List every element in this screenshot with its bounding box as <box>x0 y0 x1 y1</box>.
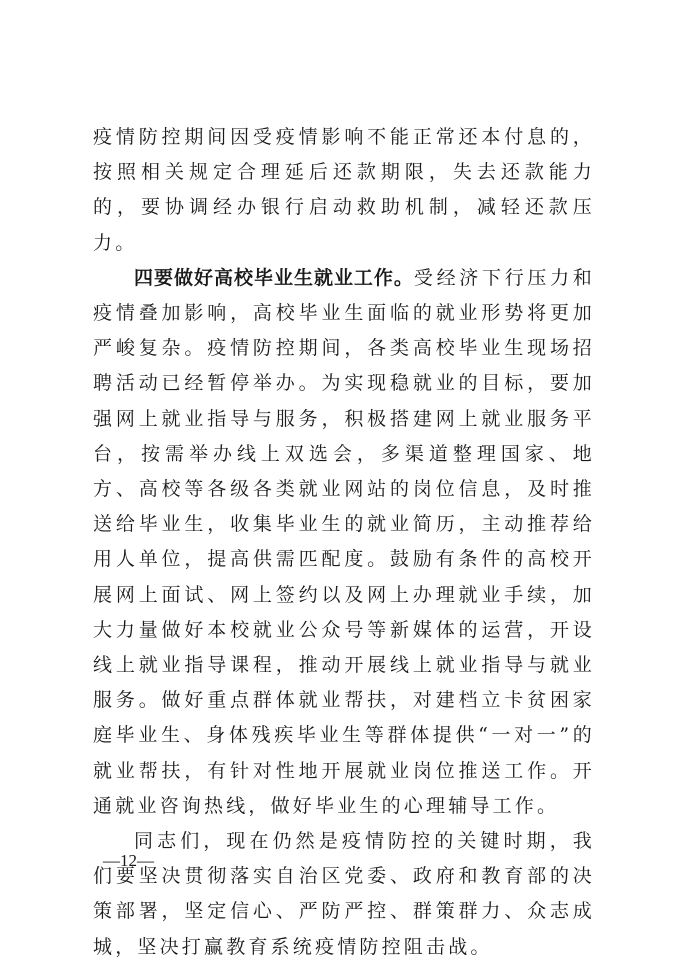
page-number: —12— <box>103 851 154 871</box>
paragraph-repayment: 疫情防控期间因受疫情影响不能正常还本付息的，按照相关规定合理延后还款期限，失去还… <box>93 120 595 261</box>
paragraph-text: 受经济下行压力和疫情叠加影响，高校毕业生面临的就业形势将更加严峻复杂。疫情防控期… <box>93 267 595 817</box>
section-heading: 四要做好高校毕业生就业工作。 <box>134 267 414 289</box>
paragraph-text: 同志们，现在仍然是疫情防控的关键时期，我们要坚决贯彻落实自治区党委、政府和教育部… <box>93 830 595 958</box>
document-body: 疫情防控期间因受疫情影响不能正常还本付息的，按照相关规定合理延后还款期限，失去还… <box>93 120 595 961</box>
paragraph-graduate-employment: 四要做好高校毕业生就业工作。受经济下行压力和疫情叠加影响，高校毕业生面临的就业形… <box>93 261 595 824</box>
paragraph-text: 疫情防控期间因受疫情影响不能正常还本付息的，按照相关规定合理延后还款期限，失去还… <box>93 126 595 254</box>
paragraph-closing: 同志们，现在仍然是疫情防控的关键时期，我们要坚决贯彻落实自治区党委、政府和教育部… <box>93 824 595 961</box>
